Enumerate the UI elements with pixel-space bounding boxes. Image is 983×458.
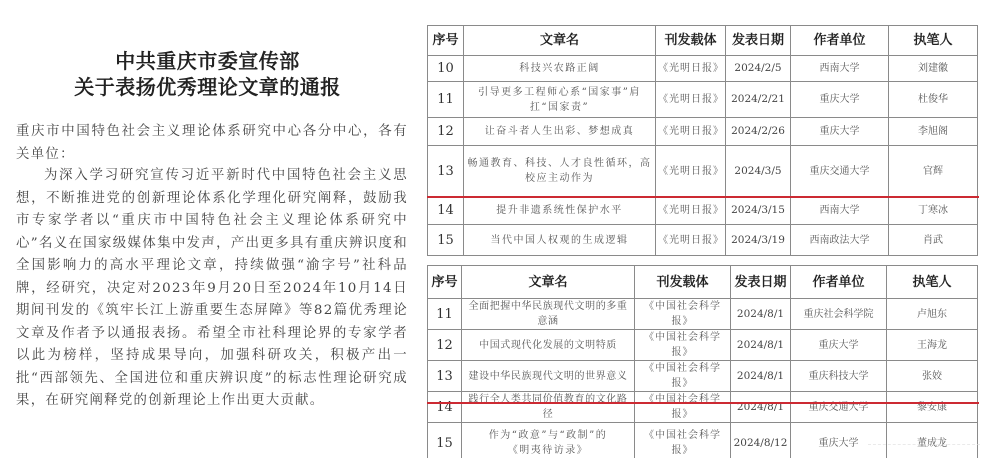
table-row: 12 中国式现代化发展的文明特质 《中国社会科学报》 2024/8/1 重庆大学… [428,330,978,361]
cell-publication: 《中国社会科学报》 [635,423,731,458]
cell-author: 杜俊华 [889,82,978,118]
watermark [868,444,980,451]
notice-salutation: 重庆市中国特色社会主义理论体系研究中心各分中心，各有关单位： [16,121,408,166]
cell-author: 刘建徽 [889,56,978,82]
header-no: 序号 [428,266,462,299]
cell-publication: 《光明日报》 [656,197,726,225]
cell-no: 15 [428,423,462,458]
cell-author: 王海龙 [887,330,978,361]
cell-title: 作为“政意”与“政制”的《明夷待访录》 [462,423,635,458]
cell-date: 2024/8/1 [731,330,791,361]
cell-unit: 重庆社会科学院 [791,299,887,330]
cell-publication: 《光明日报》 [656,82,726,118]
header-unit: 作者单位 [791,266,887,299]
cell-author: 黎安康 [887,392,978,423]
cell-publication: 《光明日报》 [656,146,726,197]
cell-unit: 重庆大学 [791,423,887,458]
cell-date: 2024/8/1 [731,392,791,423]
cell-title: 引导更多工程师心系“国家事”肩扛“国家责” [464,82,656,118]
cell-title: 让奋斗者人生出彩、梦想成真 [464,118,656,146]
cell-publication: 《中国社会科学报》 [635,330,731,361]
header-author: 执笔人 [889,26,978,56]
table-header-row: 序号 文章名 刊发载体 发表日期 作者单位 执笔人 [428,266,978,299]
notice-body: 为深入学习研究宣传习近平新时代中国特色社会主义思想，不断推进党的创新理论体系化学… [16,165,408,413]
table-row: 14 践行全人类共同价值教育的文化路径 《中国社会科学报》 2024/8/1 重… [428,392,978,423]
table-row: 11 引导更多工程师心系“国家事”肩扛“国家责” 《光明日报》 2024/2/2… [428,82,978,118]
cell-unit: 重庆科技大学 [791,361,887,392]
header-date: 发表日期 [731,266,791,299]
table-row: 15 作为“政意”与“政制”的《明夷待访录》 《中国社会科学报》 2024/8/… [428,423,978,458]
cell-title: 建设中华民族现代文明的世界意义 [462,361,635,392]
cell-no: 11 [428,82,464,118]
article-table-top: 序号 文章名 刊发载体 发表日期 作者单位 执笔人 10 科技兴农路正阔 《光明… [427,25,978,256]
table-row: 13 畅通教育、科技、人才良性循环，高校应主动作为 《光明日报》 2024/3/… [428,146,978,197]
highlight-divider-top [427,196,979,198]
cell-no: 12 [428,330,462,361]
header-author: 执笔人 [887,266,978,299]
cell-author: 李旭阁 [889,118,978,146]
cell-date: 2024/3/19 [726,225,791,256]
notice-title-line2: 关于表扬优秀理论文章的通报 [0,71,415,100]
cell-publication: 《光明日报》 [656,118,726,146]
cell-unit: 重庆大学 [791,330,887,361]
cell-no: 11 [428,299,462,330]
highlight-divider-bottom [427,402,979,404]
cell-date: 2024/8/1 [731,361,791,392]
cell-date: 2024/2/5 [726,56,791,82]
cell-date: 2024/8/1 [731,299,791,330]
notice-title-line1: 中共重庆市委宣传部 [0,45,415,74]
cell-unit: 重庆大学 [791,82,889,118]
cell-date: 2024/8/12 [731,423,791,458]
cell-date: 2024/3/15 [726,197,791,225]
cell-unit: 重庆交通大学 [791,146,889,197]
cell-author: 董成龙 [887,423,978,458]
cell-unit: 西南政法大学 [791,225,889,256]
table-row: 14 提升非遗系统性保护水平 《光明日报》 2024/3/15 西南大学 丁寒冰 [428,197,978,225]
cell-date: 2024/2/26 [726,118,791,146]
cell-date: 2024/3/5 [726,146,791,197]
cell-author: 丁寒冰 [889,197,978,225]
cell-publication: 《中国社会科学报》 [635,299,731,330]
article-table-bottom: 序号 文章名 刊发载体 发表日期 作者单位 执笔人 11 全面把握中华民族现代文… [427,265,978,458]
table-row: 13 建设中华民族现代文明的世界意义 《中国社会科学报》 2024/8/1 重庆… [428,361,978,392]
cell-no: 10 [428,56,464,82]
cell-publication: 《中国社会科学报》 [635,361,731,392]
cell-no: 13 [428,146,464,197]
header-unit: 作者单位 [791,26,889,56]
cell-no: 14 [428,392,462,423]
cell-title: 中国式现代化发展的文明特质 [462,330,635,361]
header-publication: 刊发载体 [656,26,726,56]
table-header-row: 序号 文章名 刊发载体 发表日期 作者单位 执笔人 [428,26,978,56]
cell-publication: 《光明日报》 [656,56,726,82]
notice-document: 中共重庆市委宣传部 关于表扬优秀理论文章的通报 重庆市中国特色社会主义理论体系研… [0,0,415,458]
cell-unit: 西南大学 [791,56,889,82]
cell-title: 当代中国人权观的生成逻辑 [464,225,656,256]
cell-no: 15 [428,225,464,256]
header-no: 序号 [428,26,464,56]
header-title: 文章名 [464,26,656,56]
table-row: 12 让奋斗者人生出彩、梦想成真 《光明日报》 2024/2/26 重庆大学 李… [428,118,978,146]
cell-title: 践行全人类共同价值教育的文化路径 [462,392,635,423]
cell-author: 卢旭东 [887,299,978,330]
cell-title: 全面把握中华民族现代文明的多重意涵 [462,299,635,330]
header-date: 发表日期 [726,26,791,56]
cell-author: 官辉 [889,146,978,197]
table-row: 15 当代中国人权观的生成逻辑 《光明日报》 2024/3/19 西南政法大学 … [428,225,978,256]
header-title: 文章名 [462,266,635,299]
cell-title: 畅通教育、科技、人才良性循环，高校应主动作为 [464,146,656,197]
cell-no: 12 [428,118,464,146]
cell-unit: 西南大学 [791,197,889,225]
table-row: 10 科技兴农路正阔 《光明日报》 2024/2/5 西南大学 刘建徽 [428,56,978,82]
cell-title: 科技兴农路正阔 [464,56,656,82]
cell-title: 提升非遗系统性保护水平 [464,197,656,225]
header-publication: 刊发载体 [635,266,731,299]
cell-unit: 重庆交通大学 [791,392,887,423]
cell-publication: 《中国社会科学报》 [635,392,731,423]
cell-author: 张姣 [887,361,978,392]
cell-no: 14 [428,197,464,225]
cell-author: 肖武 [889,225,978,256]
cell-publication: 《光明日报》 [656,225,726,256]
table-row: 11 全面把握中华民族现代文明的多重意涵 《中国社会科学报》 2024/8/1 … [428,299,978,330]
cell-unit: 重庆大学 [791,118,889,146]
cell-no: 13 [428,361,462,392]
cell-date: 2024/2/21 [726,82,791,118]
